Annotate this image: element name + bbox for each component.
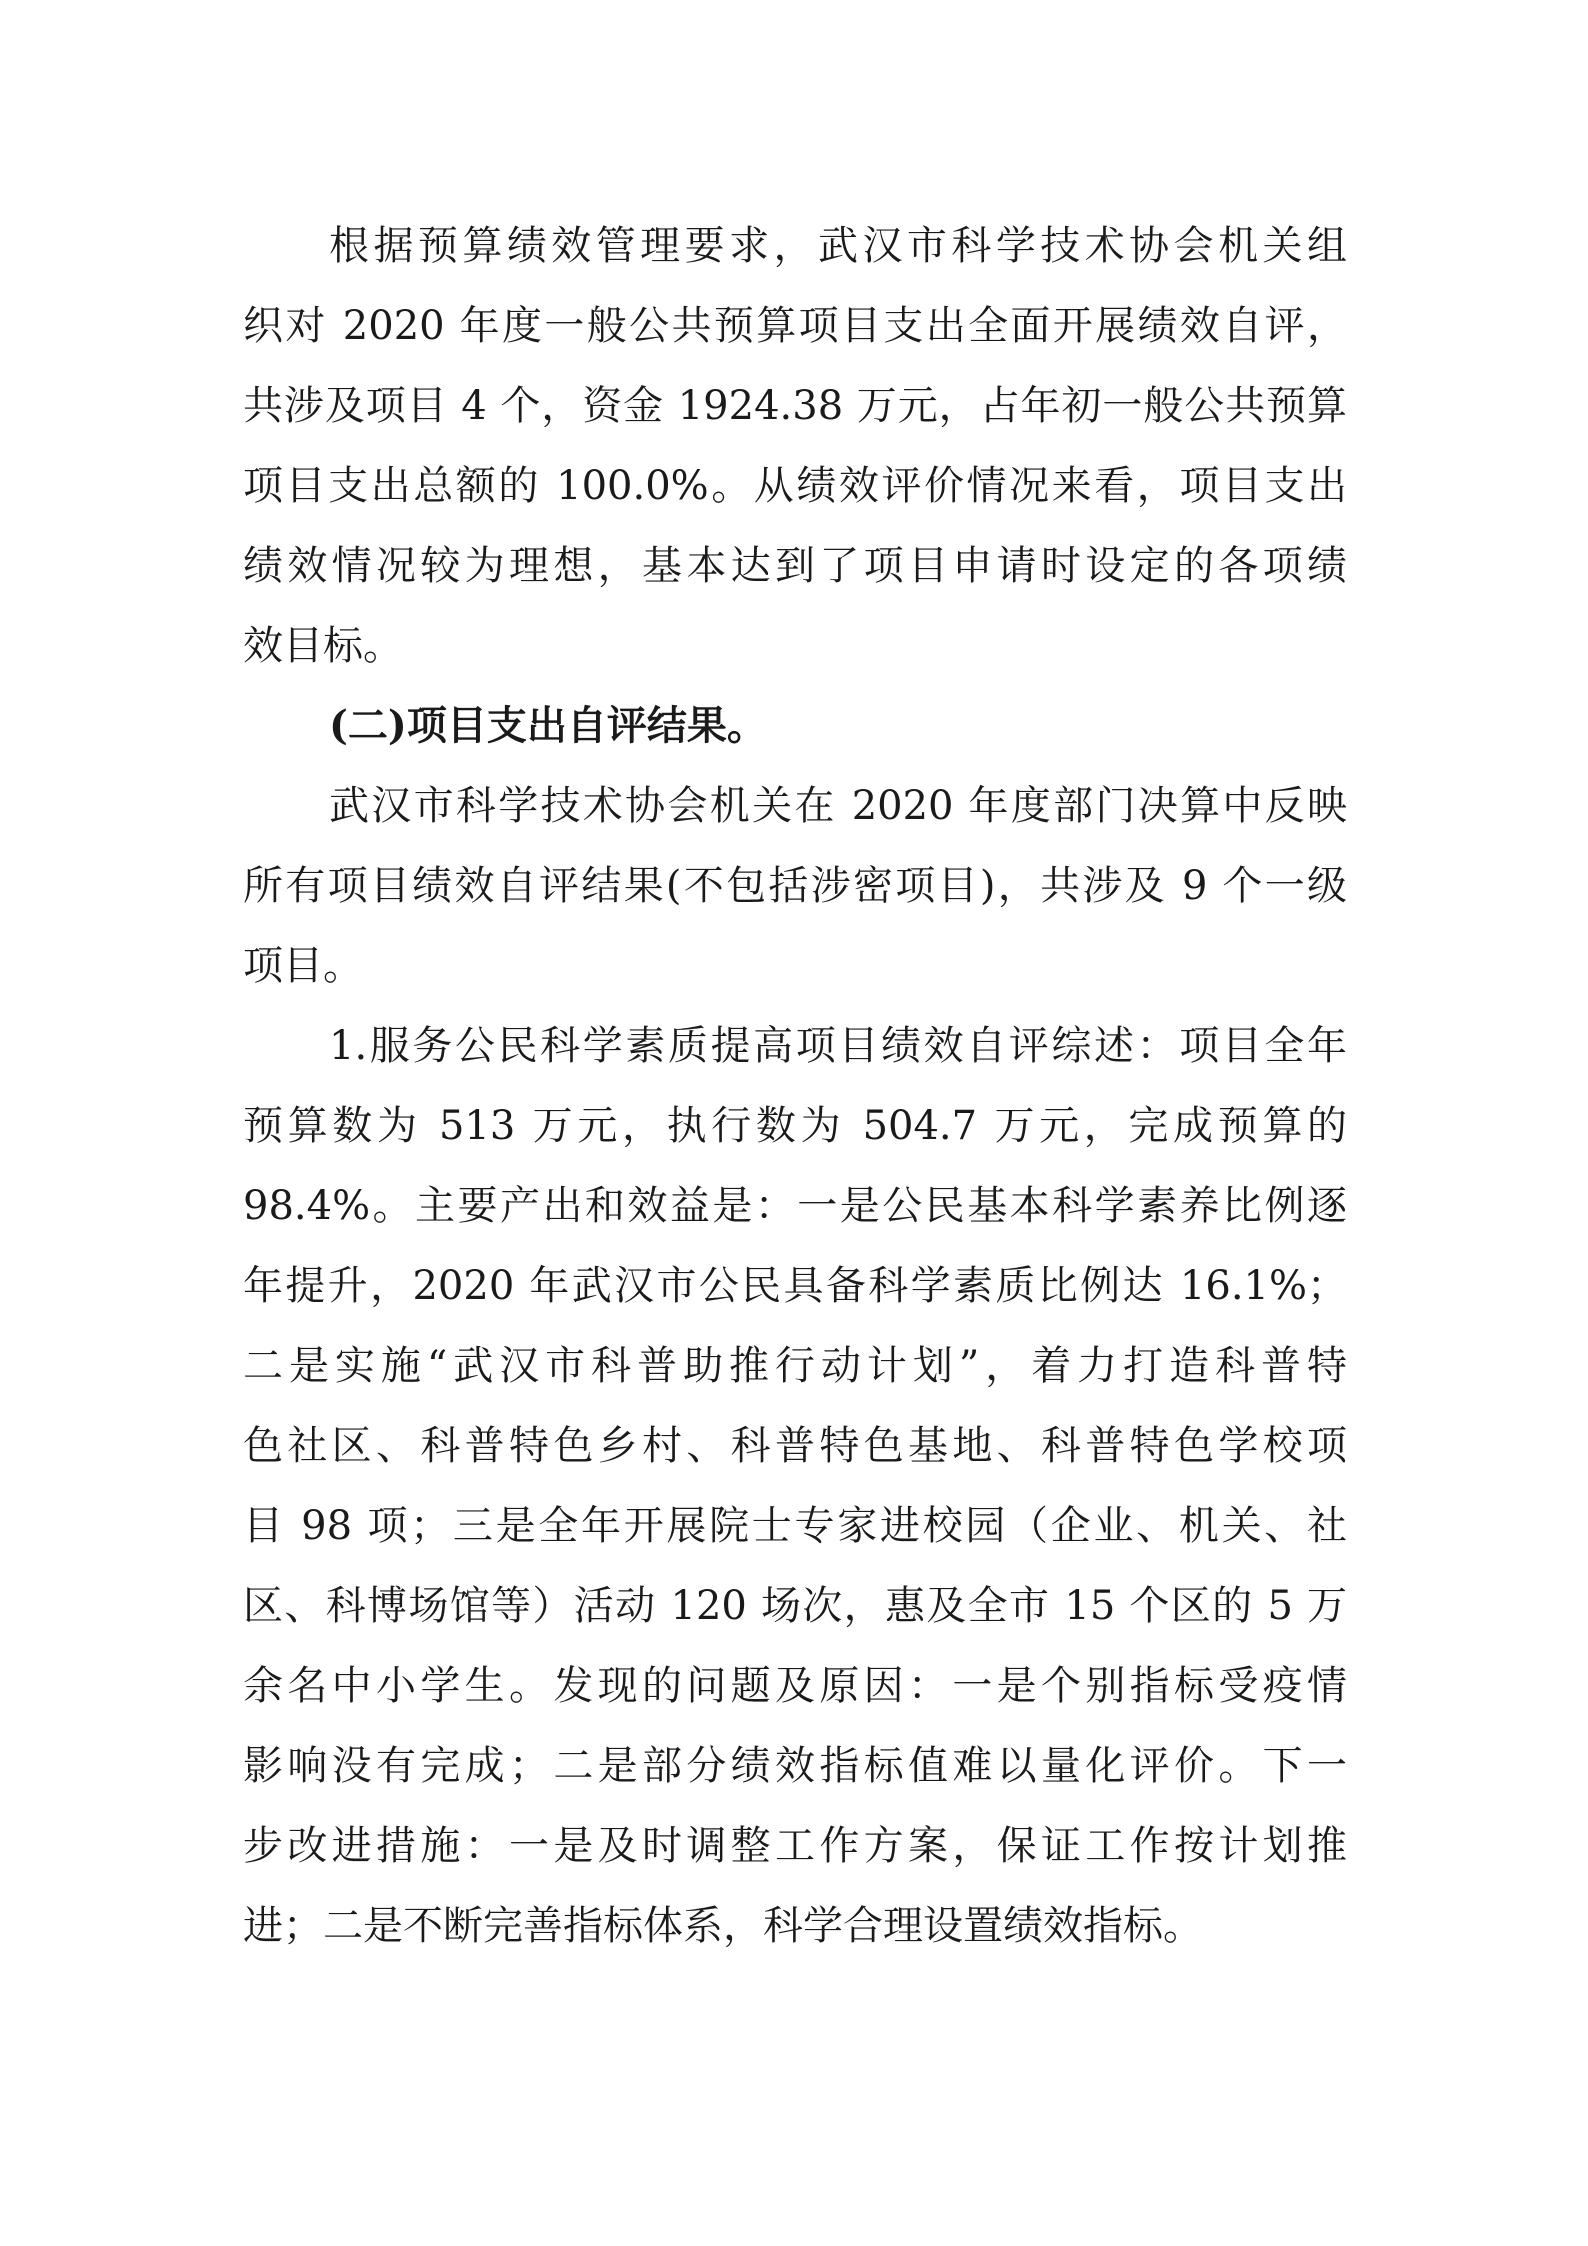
text-line: 织对 2020 年度一般公共预算项目支出全面开展绩效自评， bbox=[243, 286, 1347, 366]
text-line: 进；二是不断完善指标体系，科学合理设置绩效指标。 bbox=[243, 1886, 1347, 1966]
text-line: 影响没有完成；二是部分绩效指标值难以量化评价。下一 bbox=[243, 1726, 1347, 1806]
text-line: 目 98 项；三是全年开展院士专家进校园（企业、机关、社 bbox=[243, 1486, 1347, 1566]
text-line: 绩效情况较为理想，基本达到了项目申请时设定的各项绩 bbox=[243, 526, 1347, 606]
paragraph-overview: 根据预算绩效管理要求，武汉市科学技术协会机关组 织对 2020 年度一般公共预算… bbox=[243, 206, 1347, 686]
text-line: 98.4%。主要产出和效益是：一是公民基本科学素养比例逐 bbox=[243, 1166, 1347, 1246]
text-line: 所有项目绩效自评结果(不包括涉密项目)，共涉及 9 个一级 bbox=[243, 846, 1347, 926]
paragraph-project-1: 1.服务公民科学素质提高项目绩效自评综述：项目全年 预算数为 513 万元，执行… bbox=[243, 1006, 1347, 1966]
document-page: 根据预算绩效管理要求，武汉市科学技术协会机关组 织对 2020 年度一般公共预算… bbox=[243, 206, 1347, 1966]
text-line: 余名中小学生。发现的问题及原因：一是个别指标受疫情 bbox=[243, 1646, 1347, 1726]
text-line: 二是实施“武汉市科普助推行动计划”，着力打造科普特 bbox=[243, 1326, 1347, 1406]
section-heading: (二)项目支出自评结果。 bbox=[243, 686, 1347, 766]
heading-line: (二)项目支出自评结果。 bbox=[243, 686, 1347, 766]
text-line: 色社区、科普特色乡村、科普特色基地、科普特色学校项 bbox=[243, 1406, 1347, 1486]
text-line: 共涉及项目 4 个，资金 1924.38 万元，占年初一般公共预算 bbox=[243, 366, 1347, 446]
text-line: 1.服务公民科学素质提高项目绩效自评综述：项目全年 bbox=[243, 1006, 1347, 1086]
text-line: 武汉市科学技术协会机关在 2020 年度部门决算中反映 bbox=[243, 766, 1347, 846]
text-line: 预算数为 513 万元，执行数为 504.7 万元，完成预算的 bbox=[243, 1086, 1347, 1166]
text-line: 效目标。 bbox=[243, 606, 1347, 686]
text-line: 项目支出总额的 100.0%。从绩效评价情况来看，项目支出 bbox=[243, 446, 1347, 526]
text-line: 步改进措施：一是及时调整工作方案，保证工作按计划推 bbox=[243, 1806, 1347, 1886]
text-line: 项目。 bbox=[243, 926, 1347, 1006]
text-line: 根据预算绩效管理要求，武汉市科学技术协会机关组 bbox=[243, 206, 1347, 286]
paragraph-project-results: 武汉市科学技术协会机关在 2020 年度部门决算中反映 所有项目绩效自评结果(不… bbox=[243, 766, 1347, 1006]
text-line: 区、科博场馆等）活动 120 场次，惠及全市 15 个区的 5 万 bbox=[243, 1566, 1347, 1646]
text-line: 年提升，2020 年武汉市公民具备科学素质比例达 16.1%； bbox=[243, 1246, 1347, 1326]
